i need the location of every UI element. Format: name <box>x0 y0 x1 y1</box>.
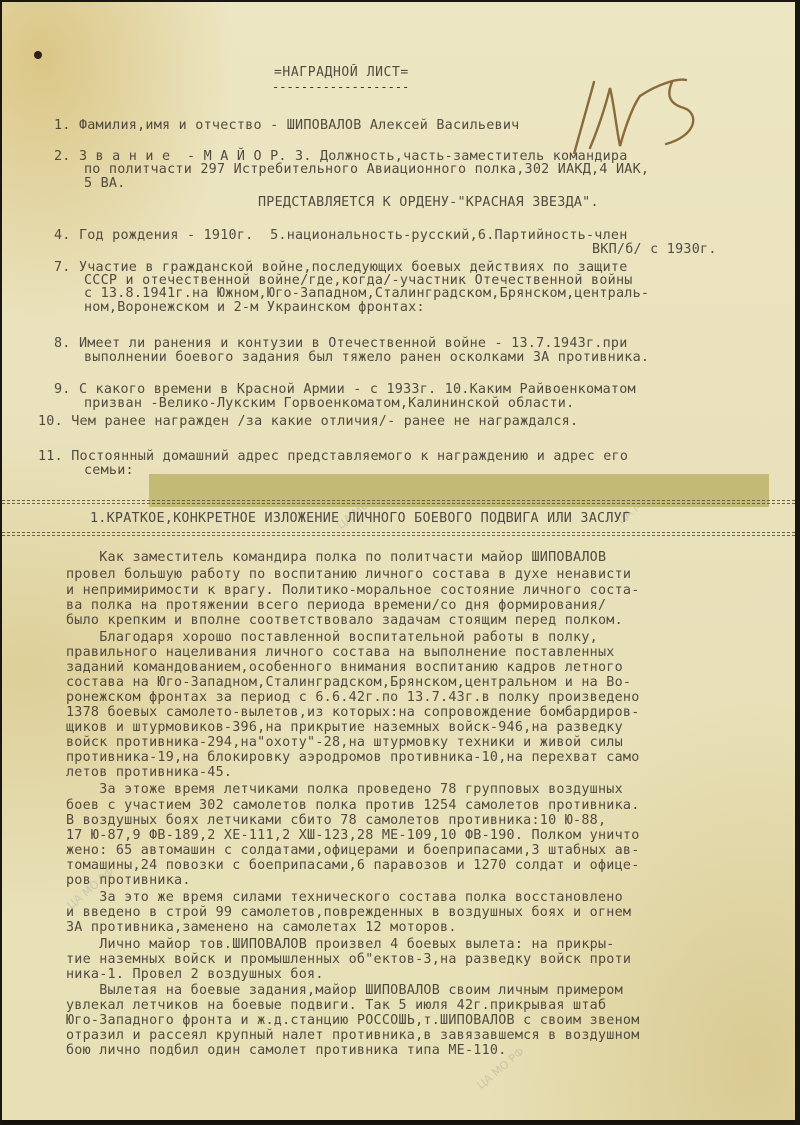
narrative-line: было крепким и вполне соответствовало за… <box>66 613 623 628</box>
narrative-line: 17 Ю-87,9 ФВ-189,2 ХЕ-111,2 ХШ-123,28 МЕ… <box>66 828 640 843</box>
narrative-line: ронежском фронтах за период с 6.6.42г.по… <box>66 690 640 705</box>
field-number: 8. <box>54 336 79 351</box>
narrative-line: ва полка на протяжении всего периода вре… <box>66 598 606 613</box>
narrative-line: и непримиримости к врагу. Политико-морал… <box>66 583 640 598</box>
field-text: ном,Воронежском и 2-м Украинском фронтах… <box>84 300 425 315</box>
section-heading: 1.КРАТКОЕ,КОНКРЕТНОЕ ИЗЛОЖЕНИЕ ЛИЧНОГО Б… <box>90 511 630 526</box>
narrative-line: состава на Юго-Западном,Сталинградском,Б… <box>66 675 631 690</box>
title-underline: ------------------- <box>272 82 409 92</box>
field-number: 4. <box>54 228 79 243</box>
narrative-line: ЗА противника,заменено на самолетах 12 м… <box>66 920 457 935</box>
field-line: ном,Воронежском и 2-м Украинском фронтах… <box>84 300 425 315</box>
field-line: 1. Фамилия,имя и отчество - ШИПОВАЛОВ Ал… <box>54 118 519 133</box>
section-rule-bottom <box>2 532 795 536</box>
field-text: по политчасти 297 Истребительного Авиаци… <box>84 162 649 177</box>
narrative-line: летов противника-45. <box>66 765 232 780</box>
narrative-line: Вылетая на боевые задания,майор ШИПОВАЛО… <box>66 983 623 998</box>
field-number: 2. <box>54 149 79 164</box>
narrative-line: Как заместитель командира полка по полит… <box>66 550 606 565</box>
field-line: 9. С какого времени в Красной Армии - с … <box>54 382 636 397</box>
field-line: с 13.8.1941г.на Южном,Юго-Западном,Стали… <box>84 286 649 301</box>
field-text: Имеет ли ранения и контузии в Отечествен… <box>79 336 628 351</box>
narrative-line: и введено в строй 99 самолетов,поврежден… <box>66 905 631 920</box>
field-line: 10. Чем ранее награжден /за какие отличи… <box>38 414 578 429</box>
narrative-line: Благодаря хорошо поставленной воспитател… <box>66 630 598 645</box>
field-line: 5 ВА. <box>84 176 126 191</box>
field-text: 5 ВА. <box>84 176 126 191</box>
narrative-line: правильного нацеливания личного состава … <box>66 645 615 660</box>
narrative-line: За это же время силами технического сост… <box>66 890 623 905</box>
field-text: Постоянный домашний адрес представляемог… <box>71 449 628 464</box>
field-text: выполнении боевого задания был тяжело ра… <box>84 350 649 365</box>
document-title: =НАГРАДНОЙ ЛИСТ= <box>274 65 409 80</box>
field-number: 11. <box>38 449 71 464</box>
section-rule-top <box>2 500 795 504</box>
field-line: по политчасти 297 Истребительного Авиаци… <box>84 162 649 177</box>
field-line: выполнении боевого задания был тяжело ра… <box>84 350 649 365</box>
narrative-line: провел большую работу по воспитанию личн… <box>66 567 631 582</box>
field-number: 1. <box>54 118 79 133</box>
award-sheet: ЦА МО РФ ЦА МО РФ ЦА МО РФ ЦА МО РФ =НАГ… <box>2 2 795 1124</box>
field-text: призван -Велико-Лукским Горвоенкоматом,К… <box>84 396 574 411</box>
field-text: Чем ранее награжден /за какие отличия/- … <box>71 414 578 429</box>
narrative-line: отразил и рассеял крупный налет противни… <box>66 1028 640 1043</box>
signature-mark <box>562 74 712 154</box>
narrative-line: войск противника-294,на"охоту"-28,на шту… <box>66 735 623 750</box>
narrative-line: ника-1. Провел 2 воздушных боя. <box>66 967 324 982</box>
narrative-line: 1378 боевых самолето-вылетов,из которых:… <box>66 705 640 720</box>
field-number: 9. <box>54 382 79 397</box>
narrative-line: тие наземных войск и промышленных об"ект… <box>66 952 631 967</box>
narrative-line: бою лично подбил один самолет противника… <box>66 1043 507 1058</box>
field-text: семьи: <box>84 463 134 478</box>
field-text: Фамилия,имя и отчество - ШИПОВАЛОВ Алекс… <box>79 118 520 133</box>
narrative-line: заданий командованием,особенного внимани… <box>66 660 623 675</box>
narrative-line: Лично майор тов.ШИПОВАЛОВ произвел 4 бое… <box>66 937 615 952</box>
narrative-line: боев с участием 302 самолетов полка прот… <box>66 798 640 813</box>
field-text: с 13.8.1941г.на Южном,Юго-Западном,Стали… <box>84 286 649 301</box>
narrative-line: противника-19,на блокировку аэродромов п… <box>66 750 640 765</box>
field-text: С какого времени в Красной Армии - с 193… <box>79 382 636 397</box>
field-line: семьи: <box>84 463 134 478</box>
field-line: ПРЕДСТАВЛЯЕТСЯ К ОРДЕНУ-"КРАСНАЯ ЗВЕЗДА"… <box>258 195 599 210</box>
narrative-line: жено: 65 автомашин с солдатами,офицерами… <box>66 843 640 858</box>
narrative-line: Юго-Западного фронта и ж.д.станцию РОССО… <box>66 1013 640 1028</box>
field-line: 11. Постоянный домашний адрес представля… <box>38 449 628 464</box>
field-line: 4. Год рождения - 1910г. 5.национальност… <box>54 228 628 243</box>
field-text: ПРЕДСТАВЛЯЕТСЯ К ОРДЕНУ-"КРАСНАЯ ЗВЕЗДА"… <box>258 195 599 210</box>
field-number: 10. <box>38 414 71 429</box>
narrative-line: ров противника. <box>66 873 191 888</box>
narrative-line: томашины,24 повозки с боеприпасами,6 пар… <box>66 858 640 873</box>
field-line: 8. Имеет ли ранения и контузии в Отечест… <box>54 336 628 351</box>
narrative-line: увлекал летчиков на боевые подвиги. Так … <box>66 998 606 1013</box>
narrative-line: В воздушных боях летчиками сбито 78 само… <box>66 813 606 828</box>
punch-hole <box>34 51 42 59</box>
field-line: ВКП/б/ с 1930г. <box>592 242 717 257</box>
narrative-line: За этоже время летчиками полка проведено… <box>66 782 623 797</box>
field-text: ВКП/б/ с 1930г. <box>592 242 717 257</box>
field-number: 7. <box>54 260 79 275</box>
field-line: призван -Велико-Лукским Горвоенкоматом,К… <box>84 396 574 411</box>
narrative-line: щиков и штурмовиков-396,на прикрытие наз… <box>66 720 623 735</box>
field-text: Год рождения - 1910г. 5.национальность-р… <box>79 228 628 243</box>
